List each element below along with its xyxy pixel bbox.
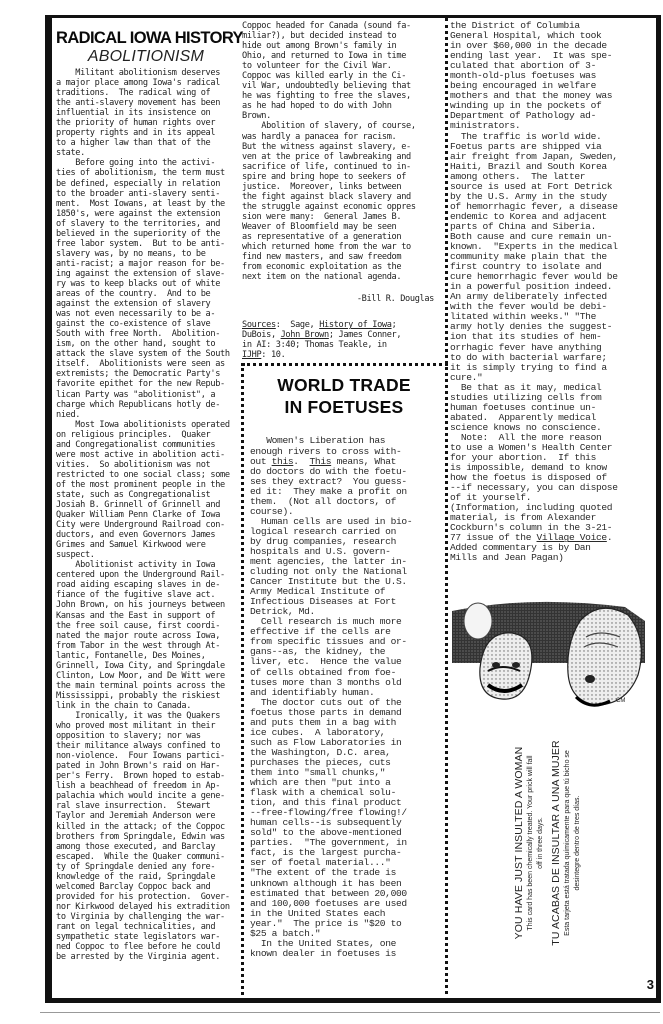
article-paragraph: The traffic is world wide. Foetus parts … bbox=[450, 132, 662, 383]
middle-column: Coppoc headed for Canada (sound fa- mili… bbox=[242, 21, 438, 959]
series-title: RADICAL IOWA HISTORY bbox=[56, 29, 236, 48]
title-line: IN FOETUSES bbox=[250, 396, 438, 418]
article-paragraph: Militant abolitionism deserves a major p… bbox=[56, 68, 236, 158]
sources-text: ; bbox=[392, 320, 397, 330]
article-paragraph: Be that as it may, medical studies utili… bbox=[450, 383, 662, 433]
card-spanish-text: Esta tarjeta está tratada químicamente p… bbox=[563, 713, 583, 973]
box-divider bbox=[242, 363, 448, 366]
article-paragraph: Abolition of slavery, of course, was har… bbox=[242, 121, 438, 282]
artist-initials: CM bbox=[616, 698, 625, 704]
scan-edge-line bbox=[40, 1012, 660, 1013]
source-credit: (Information, including quoted material,… bbox=[450, 503, 662, 563]
insult-card: YOU HAVE JUST INSULTED A WOMAN This card… bbox=[453, 763, 663, 983]
article-paragraph: Abolitionist activity in Iowa centered u… bbox=[56, 560, 236, 711]
byline: -Bill R. Douglas bbox=[242, 294, 438, 304]
card-text-rotated: YOU HAVE JUST INSULTED A WOMAN This card… bbox=[513, 713, 583, 973]
title-line: WORLD TRADE bbox=[250, 374, 438, 396]
sources: Sources: Sage, History of Iowa; DuBois, … bbox=[242, 320, 438, 360]
sources-label: Sources bbox=[242, 320, 276, 330]
article-paragraph: In the United States, one known dealer i… bbox=[250, 939, 438, 959]
article-paragraph: The doctor cuts out of the foetus those … bbox=[250, 698, 438, 939]
card-english-text: This card has been chemically treated. Y… bbox=[526, 713, 546, 973]
article-paragraph: Cell research is much more effective if … bbox=[250, 617, 438, 697]
sources-text: DuBois, bbox=[242, 330, 281, 340]
article-intro: Women's Liberation has enough rivers to … bbox=[250, 436, 438, 516]
sources-text: : 10. bbox=[261, 350, 285, 360]
article-paragraph: the District of Columbia General Hospita… bbox=[450, 21, 662, 132]
page-number: 3 bbox=[647, 977, 654, 992]
book-title: John Brown bbox=[281, 330, 329, 340]
article-paragraph: Before going into the activi- ties of ab… bbox=[56, 158, 236, 419]
book-title: IJHP bbox=[242, 350, 261, 360]
right-column: the District of Columbia General Hospita… bbox=[450, 21, 662, 564]
caricature-image: CM bbox=[450, 593, 650, 711]
article-paragraph: Coppoc headed for Canada (sound fa- mili… bbox=[242, 21, 438, 121]
article-paragraph: Note: All the more reason to use a Women… bbox=[450, 433, 662, 503]
caricature-illustration: CM bbox=[450, 593, 650, 711]
radical-iowa-history-column: RADICAL IOWA HISTORY ABOLITIONISM Milita… bbox=[56, 21, 236, 962]
sources-text: : Sage, bbox=[276, 320, 319, 330]
intro-text: means, What do doctors do with the foetu… bbox=[250, 456, 407, 517]
column-divider bbox=[445, 18, 448, 1001]
world-trade-title: WORLD TRADE IN FOETUSES bbox=[250, 374, 438, 418]
article-paragraph: Most Iowa abolitionists operated on reli… bbox=[56, 420, 236, 561]
box-divider bbox=[241, 363, 244, 1001]
article-title: ABOLITIONISM bbox=[56, 48, 236, 66]
newspaper-page: RADICAL IOWA HISTORY ABOLITIONISM Milita… bbox=[45, 15, 661, 1003]
book-title: History of Iowa bbox=[319, 320, 391, 330]
card-spanish-heading: TU ACABAS DE INSULTAR A UNA MUJER bbox=[550, 713, 563, 973]
article-paragraph: Ironically, it was the Quakers who prove… bbox=[56, 711, 236, 962]
world-trade-box: WORLD TRADE IN FOETUSES Women's Liberati… bbox=[242, 374, 438, 958]
card-english-heading: YOU HAVE JUST INSULTED A WOMAN bbox=[513, 713, 526, 973]
article-paragraph: Human cells are used in bio- logical res… bbox=[250, 517, 438, 617]
